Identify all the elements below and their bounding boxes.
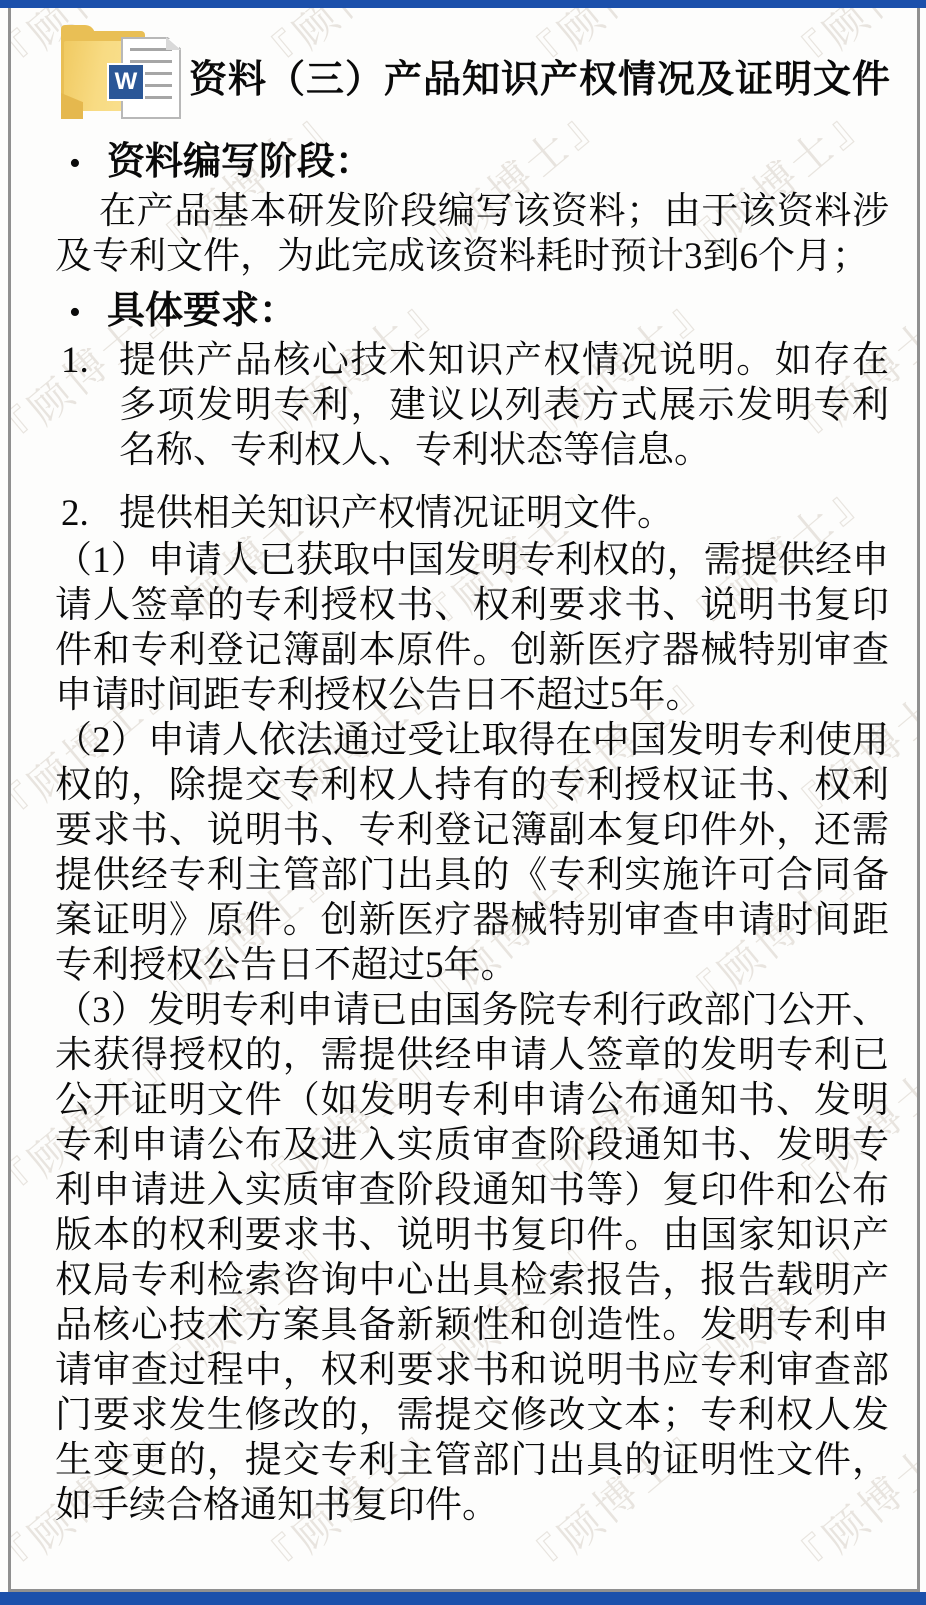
- sub-item-2-text: 申请人依法通过受让取得在中国发明专利使用权的，除提交专利权人持有的专利授权证书、…: [55, 720, 889, 986]
- sub-item-2-label: （2）: [55, 720, 148, 761]
- section-heading-writing-stage: 资料编写阶段：: [107, 140, 373, 185]
- folder-word-icon: W: [55, 27, 187, 123]
- requirement-item-1: 1. 提供产品核心技术知识产权情况说明。如存在多项发明专利，建议以列表方式展示发…: [55, 338, 889, 473]
- section-heading-row: • 具体要求：: [55, 289, 889, 334]
- requirement-1-text: 提供产品核心技术知识产权情况说明。如存在多项发明专利，建议以列表方式展示发明专利…: [119, 340, 889, 471]
- sub-item-2: （2）申请人依法通过受让取得在中国发明专利使用权的，除提交专利权人持有的专利授权…: [55, 718, 889, 988]
- sub-item-1-label: （1）: [55, 540, 148, 581]
- list-number: 1.: [61, 338, 89, 383]
- content-frame: 『顾博士』『顾博士』『顾博士』『顾博士』『顾博士』『顾博士』『顾博士』『顾博士』…: [8, 8, 920, 1592]
- sub-item-3: （3）发明专利申请已由国务院专利行政部门公开、未获得授权的，需提供经申请人签章的…: [55, 988, 889, 1528]
- requirement-item-2: 2. 提供相关知识产权情况证明文件。: [55, 491, 889, 536]
- bottom-accent-bar: [0, 1592, 926, 1605]
- document-page: { "page": { "title": "资料（三）产品知识产权情况及证明文件…: [0, 0, 926, 1605]
- requirement-2-text: 提供相关知识产权情况证明文件。: [119, 493, 674, 534]
- section-heading-row: • 资料编写阶段：: [55, 140, 889, 185]
- list-number: 2.: [61, 491, 89, 536]
- sub-item-3-text: 发明专利申请已由国务院专利行政部门公开、未获得授权的，需提供经申请人签章的发明专…: [55, 990, 889, 1526]
- sub-item-1: （1）申请人已获取中国发明专利权的，需提供经申请人签章的专利授权书、权利要求书、…: [55, 538, 889, 718]
- top-accent-bar: [0, 0, 926, 8]
- bullet-icon: •: [55, 294, 107, 332]
- sub-item-1-text: 申请人已获取中国发明专利权的，需提供经申请人签章的专利授权书、权利要求书、说明书…: [55, 540, 889, 716]
- title-row: W 资料（三）产品知识产权情况及证明文件: [55, 26, 889, 124]
- word-logo-icon: W: [107, 63, 145, 101]
- word-document-icon: [166, 37, 181, 50]
- writing-stage-paragraph: 在产品基本研发阶段编写该资料；由于该资料涉及专利文件，为此完成该资料耗时预计3到…: [55, 189, 889, 279]
- document-content: W 资料（三）产品知识产权情况及证明文件 • 资料编写阶段： 在产品基本研发阶段…: [11, 8, 917, 1528]
- bullet-icon: •: [55, 145, 107, 183]
- page-title: 资料（三）产品知识产权情况及证明文件: [187, 48, 891, 103]
- section-heading-requirements: 具体要求：: [107, 289, 297, 334]
- sub-item-3-label: （3）: [55, 990, 148, 1031]
